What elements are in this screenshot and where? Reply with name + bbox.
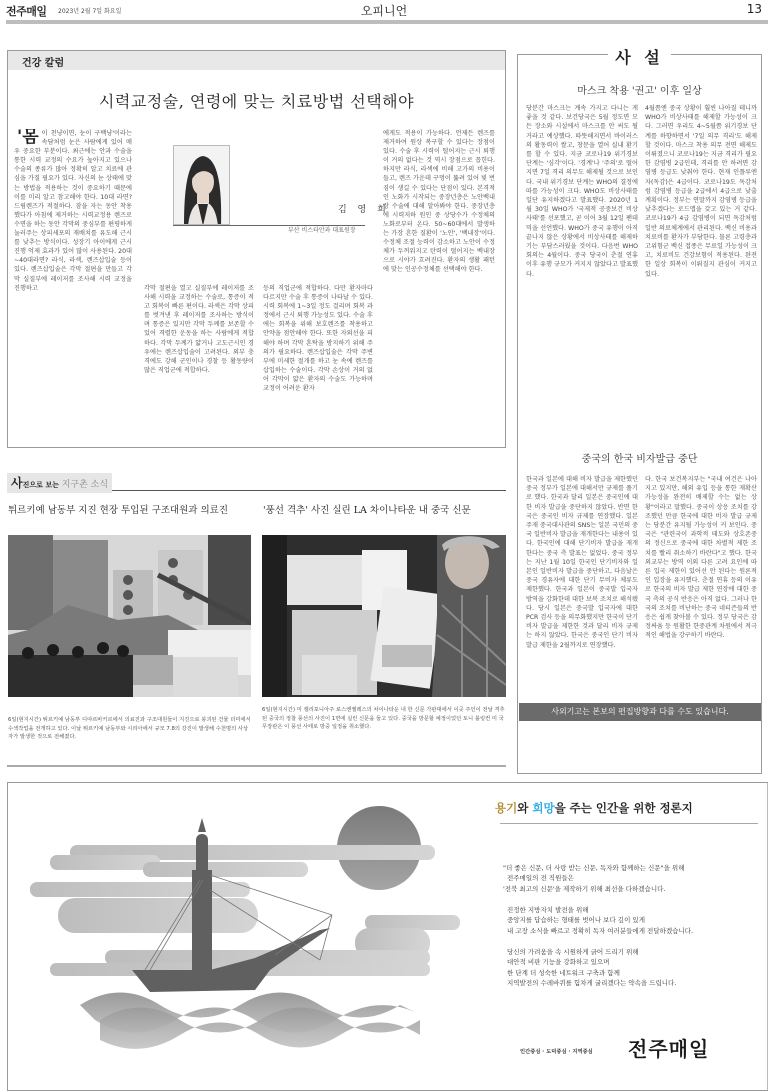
- editorial-2-column-left: 한국과 일본에 대해 비자 발급을 제한했던 중국 정부가 일본에 대해서만 규…: [526, 475, 638, 696]
- ad-paragraph-3: 당신의 가려움을 속 시원하게 긁어 드리기 위해 대안적 비판 기능을 강화하…: [507, 947, 676, 988]
- editorial-1-column-right: 4월쯤엔 중국 상황이 훨씬 나아질 테니까 WHO가 비상사태를 해제할 가능…: [645, 104, 757, 426]
- photo-news-header: 사진으로 보는 지구촌 소식: [7, 472, 506, 491]
- photo-caption-1: 6일(현지시간) 튀르키예 남동부 디야르바키르에서 의료진과 구조대원들이 지…: [8, 716, 252, 742]
- dropcap: '몸: [17, 129, 39, 146]
- photo-caption-2: 6일(현지시간) 미 캘리포니아주 로스앤젤레스의 차이나타운 내 한 신문 가…: [262, 706, 508, 732]
- ad-illustration: [20, 800, 470, 1055]
- article-column-2: 각막 절편을 열고 실질부에 레이저를 조사해 시력을 교정하는 수술로, 통증…: [144, 284, 254, 444]
- ad-slogan-divider: [500, 823, 758, 824]
- ad-motto: 인간중심 · 도덕중심 · 지역중심: [520, 1047, 593, 1055]
- health-column: 건강 칼럼 시력교정술, 연령에 맞는 치료방법 선택해야 '몸 이 천냥이면,…: [7, 50, 506, 448]
- ad-brand-logo: 전주매일: [628, 1033, 709, 1062]
- photo-title-1: 튀르키예 남동부 지진 현장 투입된 구조대원과 의료진: [8, 502, 228, 516]
- author-photo: [173, 145, 230, 225]
- masthead-divider: [6, 20, 768, 24]
- author-divider: [173, 225, 365, 226]
- page-number: 13: [747, 2, 762, 16]
- masthead: 전주매일 2023년 2월 7일 화요일 오피니언 13: [0, 0, 768, 22]
- section-divider: [7, 765, 506, 767]
- column-label: 건강 칼럼: [8, 51, 505, 70]
- ad-paragraph-2: 진정한 지방자치 발전을 위해 중앙지를 답습하는 형태를 벗어나 보다 깊이 …: [507, 905, 693, 936]
- photo-newspaper: [262, 535, 506, 697]
- disclaimer-banner: 사외기고는 본보의 편집방향과 다를 수도 있습니다.: [519, 703, 761, 721]
- editorial-label: 사 설: [518, 45, 761, 68]
- article-headline: 시력교정술, 연령에 맞는 치료방법 선택해야: [8, 89, 505, 112]
- article-column-4: 에게도 적용이 가능하다. 언제든 렌즈를 제거하여 원상 복구할 수 있다는 …: [383, 129, 495, 445]
- editorial-title-1: 마스크 착용 '권고' 이후 일상: [518, 82, 761, 97]
- photo-title-2: '풍선 격추' 사진 실린 LA 차이나타운 내 중국 신문: [263, 502, 471, 516]
- article-column-3: 등의 직업군에 적합하다. 다만 환자마다 다르지만 수술 후 통증이 나타날 …: [263, 284, 373, 444]
- editorial-2-column-right: 다. 한국 보건복지부는 "국내 여건은 나아지고 있지만, 해외 유입 등을 …: [645, 475, 757, 696]
- editorial-section: 사 설 마스크 착용 '권고' 이후 일상 당분간 마스크는 계속 가지고 다니…: [517, 54, 762, 774]
- section-title: 오피니언: [0, 2, 768, 19]
- photo-news-label: 사진으로 보는 지구촌 소식: [7, 473, 112, 493]
- portrait-image: [174, 146, 230, 225]
- ad-slogan: 용기와 희망을 주는 인간을 위한 정론지: [495, 800, 693, 816]
- editorial-1-column-left: 당분간 마스크는 계속 가지고 다니는 게 좋을 것 같다. 보건당국은 5월 …: [526, 104, 638, 426]
- pen-ship-illustration: [20, 800, 470, 1055]
- photo-earthquake: [8, 535, 251, 697]
- ad-paragraph-1: "더 좋은 신문, 더 사랑 받는 신문, 독자와 함께하는 신문"을 위해 전…: [503, 863, 684, 894]
- article-column-1: '몸 이 천냥이면, 눈이 구백냥'이라는 속담처럼 눈은 사람에게 있어 매우…: [14, 129, 132, 445]
- earthquake-image: [8, 535, 251, 697]
- wave-shapes: [80, 993, 420, 1049]
- editorial-title-2: 중국의 한국 비자발급 중단: [518, 450, 761, 465]
- author-title: 부산 비스타안과 대표원장: [288, 225, 356, 234]
- newspaper-stand-image: [262, 535, 506, 697]
